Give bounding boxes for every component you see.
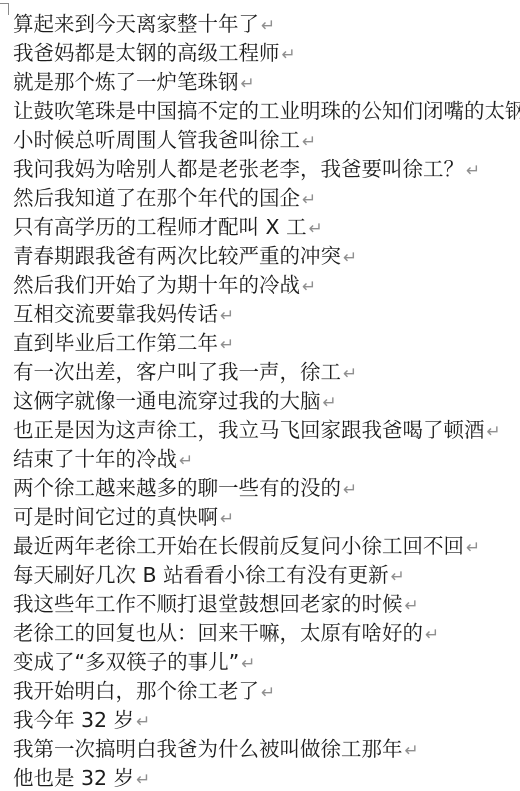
paragraph-line: 我这些年工作不顺打退堂鼓想回老家的时候↵ [13, 590, 518, 619]
paragraph-mark-icon: ↵ [300, 277, 316, 297]
paragraph-mark-icon: ↵ [239, 74, 255, 94]
paragraph-mark-icon: ↵ [341, 248, 357, 268]
paragraph-mark-icon: ↵ [423, 625, 439, 645]
paragraph-text: 算起来到今天离家整十年了 [13, 12, 259, 36]
paragraph-text: 互相交流要靠我妈传话 [13, 302, 218, 326]
paragraph-text: 两个徐工越来越多的聊一些有的没的 [13, 476, 341, 500]
paragraph-line: 小时候总听周围人管我爸叫徐工↵ [13, 126, 518, 155]
paragraph-line: 有一次出差，客户叫了我一声，徐工↵ [13, 358, 518, 387]
margin-corner-mark-icon [0, 3, 9, 15]
document-text-area[interactable]: 算起来到今天离家整十年了↵ 我爸妈都是太钢的高级工程师↵ 就是那个炼了一炉笔珠钢… [13, 10, 518, 791]
paragraph-mark-icon: ↵ [403, 596, 419, 616]
paragraph-text: 也正是因为这声徐工，我立马飞回家跟我爸喝了顿酒 [13, 418, 485, 442]
paragraph-mark-icon: ↵ [403, 741, 419, 761]
paragraph-line: 他也是 32 岁↵ [13, 764, 518, 791]
paragraph-line: 也正是因为这声徐工，我立马飞回家跟我爸喝了顿酒↵ [13, 416, 518, 445]
paragraph-mark-icon: ↵ [134, 712, 150, 732]
paragraph-mark-icon: ↵ [341, 480, 357, 500]
paragraph-mark-icon: ↵ [218, 306, 234, 326]
paragraph-text: 我第一次搞明白我爸为什么被叫做徐工那年 [13, 737, 403, 761]
paragraph-line: 互相交流要靠我妈传话↵ [13, 300, 518, 329]
paragraph-text: 他也是 32 岁 [13, 766, 134, 790]
paragraph-text: 小时候总听周围人管我爸叫徐工 [13, 128, 300, 152]
paragraph-text: 可是时间它过的真快啊 [13, 505, 218, 529]
paragraph-text: 老徐工的回复也从：回来干嘛，太原有啥好的 [13, 621, 423, 645]
paragraph-text: 只有高学历的工程师才配叫 X 工 [13, 215, 307, 239]
paragraph-text: 这俩字就像一通电流穿过我的大脑 [13, 389, 321, 413]
paragraph-mark-icon: ↵ [218, 335, 234, 355]
paragraph-line: 这俩字就像一通电流穿过我的大脑↵ [13, 387, 518, 416]
paragraph-text: 我这些年工作不顺打退堂鼓想回老家的时候 [13, 592, 403, 616]
paragraph-line: 变成了“多双筷子的事儿”↵ [13, 648, 518, 677]
paragraph-line: 每天刷好几次 B 站看看小徐工有没有更新↵ [13, 561, 518, 590]
paragraph-line: 让鼓吹笔珠是中国搞不定的工业明珠的公知们闭嘴的太钢↵ [13, 97, 518, 126]
paragraph-line: 然后我知道了在那个年代的国企↵ [13, 184, 518, 213]
paragraph-mark-icon: ↵ [239, 654, 255, 674]
paragraph-line: 我问我妈为啥别人都是老张老李，我爸要叫徐工？↵ [13, 155, 518, 184]
paragraph-text: 结束了十年的冷战 [13, 447, 177, 471]
paragraph-line: 直到毕业后工作第二年↵ [13, 329, 518, 358]
paragraph-mark-icon: ↵ [389, 567, 405, 587]
paragraph-text: 我今年 32 岁 [13, 708, 134, 732]
paragraph-text: 每天刷好几次 B 站看看小徐工有没有更新 [13, 563, 389, 587]
paragraph-text: 变成了“多双筷子的事儿” [13, 650, 239, 674]
paragraph-mark-icon: ↵ [321, 393, 337, 413]
document-page: 算起来到今天离家整十年了↵ 我爸妈都是太钢的高级工程师↵ 就是那个炼了一炉笔珠钢… [0, 0, 520, 791]
paragraph-line: 我爸妈都是太钢的高级工程师↵ [13, 39, 518, 68]
paragraph-text: 然后我们开始了为期十年的冷战 [13, 273, 300, 297]
paragraph-mark-icon: ↵ [307, 219, 323, 239]
paragraph-text: 我开始明白，那个徐工老了 [13, 679, 259, 703]
paragraph-line: 青春期跟我爸有两次比较严重的冲突↵ [13, 242, 518, 271]
paragraph-line: 两个徐工越来越多的聊一些有的没的↵ [13, 474, 518, 503]
paragraph-line: 老徐工的回复也从：回来干嘛，太原有啥好的↵ [13, 619, 518, 648]
paragraph-mark-icon: ↵ [280, 45, 296, 65]
paragraph-mark-icon: ↵ [134, 770, 150, 790]
paragraph-text: 让鼓吹笔珠是中国搞不定的工业明珠的公知们闭嘴的太钢 [13, 99, 520, 123]
paragraph-mark-icon: ↵ [259, 683, 275, 703]
paragraph-line: 我第一次搞明白我爸为什么被叫做徐工那年↵ [13, 735, 518, 764]
paragraph-mark-icon: ↵ [259, 16, 275, 36]
paragraph-text: 我爸妈都是太钢的高级工程师 [13, 41, 280, 65]
paragraph-mark-icon: ↵ [300, 132, 316, 152]
paragraph-text: 我问我妈为啥别人都是老张老李，我爸要叫徐工？ [13, 157, 464, 181]
paragraph-line: 算起来到今天离家整十年了↵ [13, 10, 518, 39]
paragraph-mark-icon: ↵ [485, 422, 501, 442]
paragraph-mark-icon: ↵ [341, 364, 357, 384]
paragraph-line: 最近两年老徐工开始在长假前反复问小徐工回不回↵ [13, 532, 518, 561]
paragraph-text: 青春期跟我爸有两次比较严重的冲突 [13, 244, 341, 268]
paragraph-line: 只有高学历的工程师才配叫 X 工↵ [13, 213, 518, 242]
paragraph-text: 最近两年老徐工开始在长假前反复问小徐工回不回 [13, 534, 464, 558]
paragraph-mark-icon: ↵ [177, 451, 193, 471]
paragraph-line: 然后我们开始了为期十年的冷战↵ [13, 271, 518, 300]
paragraph-line: 我开始明白，那个徐工老了↵ [13, 677, 518, 706]
paragraph-line: 结束了十年的冷战↵ [13, 445, 518, 474]
paragraph-line: 可是时间它过的真快啊↵ [13, 503, 518, 532]
paragraph-text: 然后我知道了在那个年代的国企 [13, 186, 300, 210]
paragraph-text: 就是那个炼了一炉笔珠钢 [13, 70, 239, 94]
paragraph-mark-icon: ↵ [300, 190, 316, 210]
paragraph-mark-icon: ↵ [218, 509, 234, 529]
paragraph-text: 有一次出差，客户叫了我一声，徐工 [13, 360, 341, 384]
paragraph-line: 就是那个炼了一炉笔珠钢↵ [13, 68, 518, 97]
paragraph-text: 直到毕业后工作第二年 [13, 331, 218, 355]
paragraph-mark-icon: ↵ [464, 538, 480, 558]
paragraph-mark-icon: ↵ [464, 161, 480, 181]
paragraph-line: 我今年 32 岁↵ [13, 706, 518, 735]
